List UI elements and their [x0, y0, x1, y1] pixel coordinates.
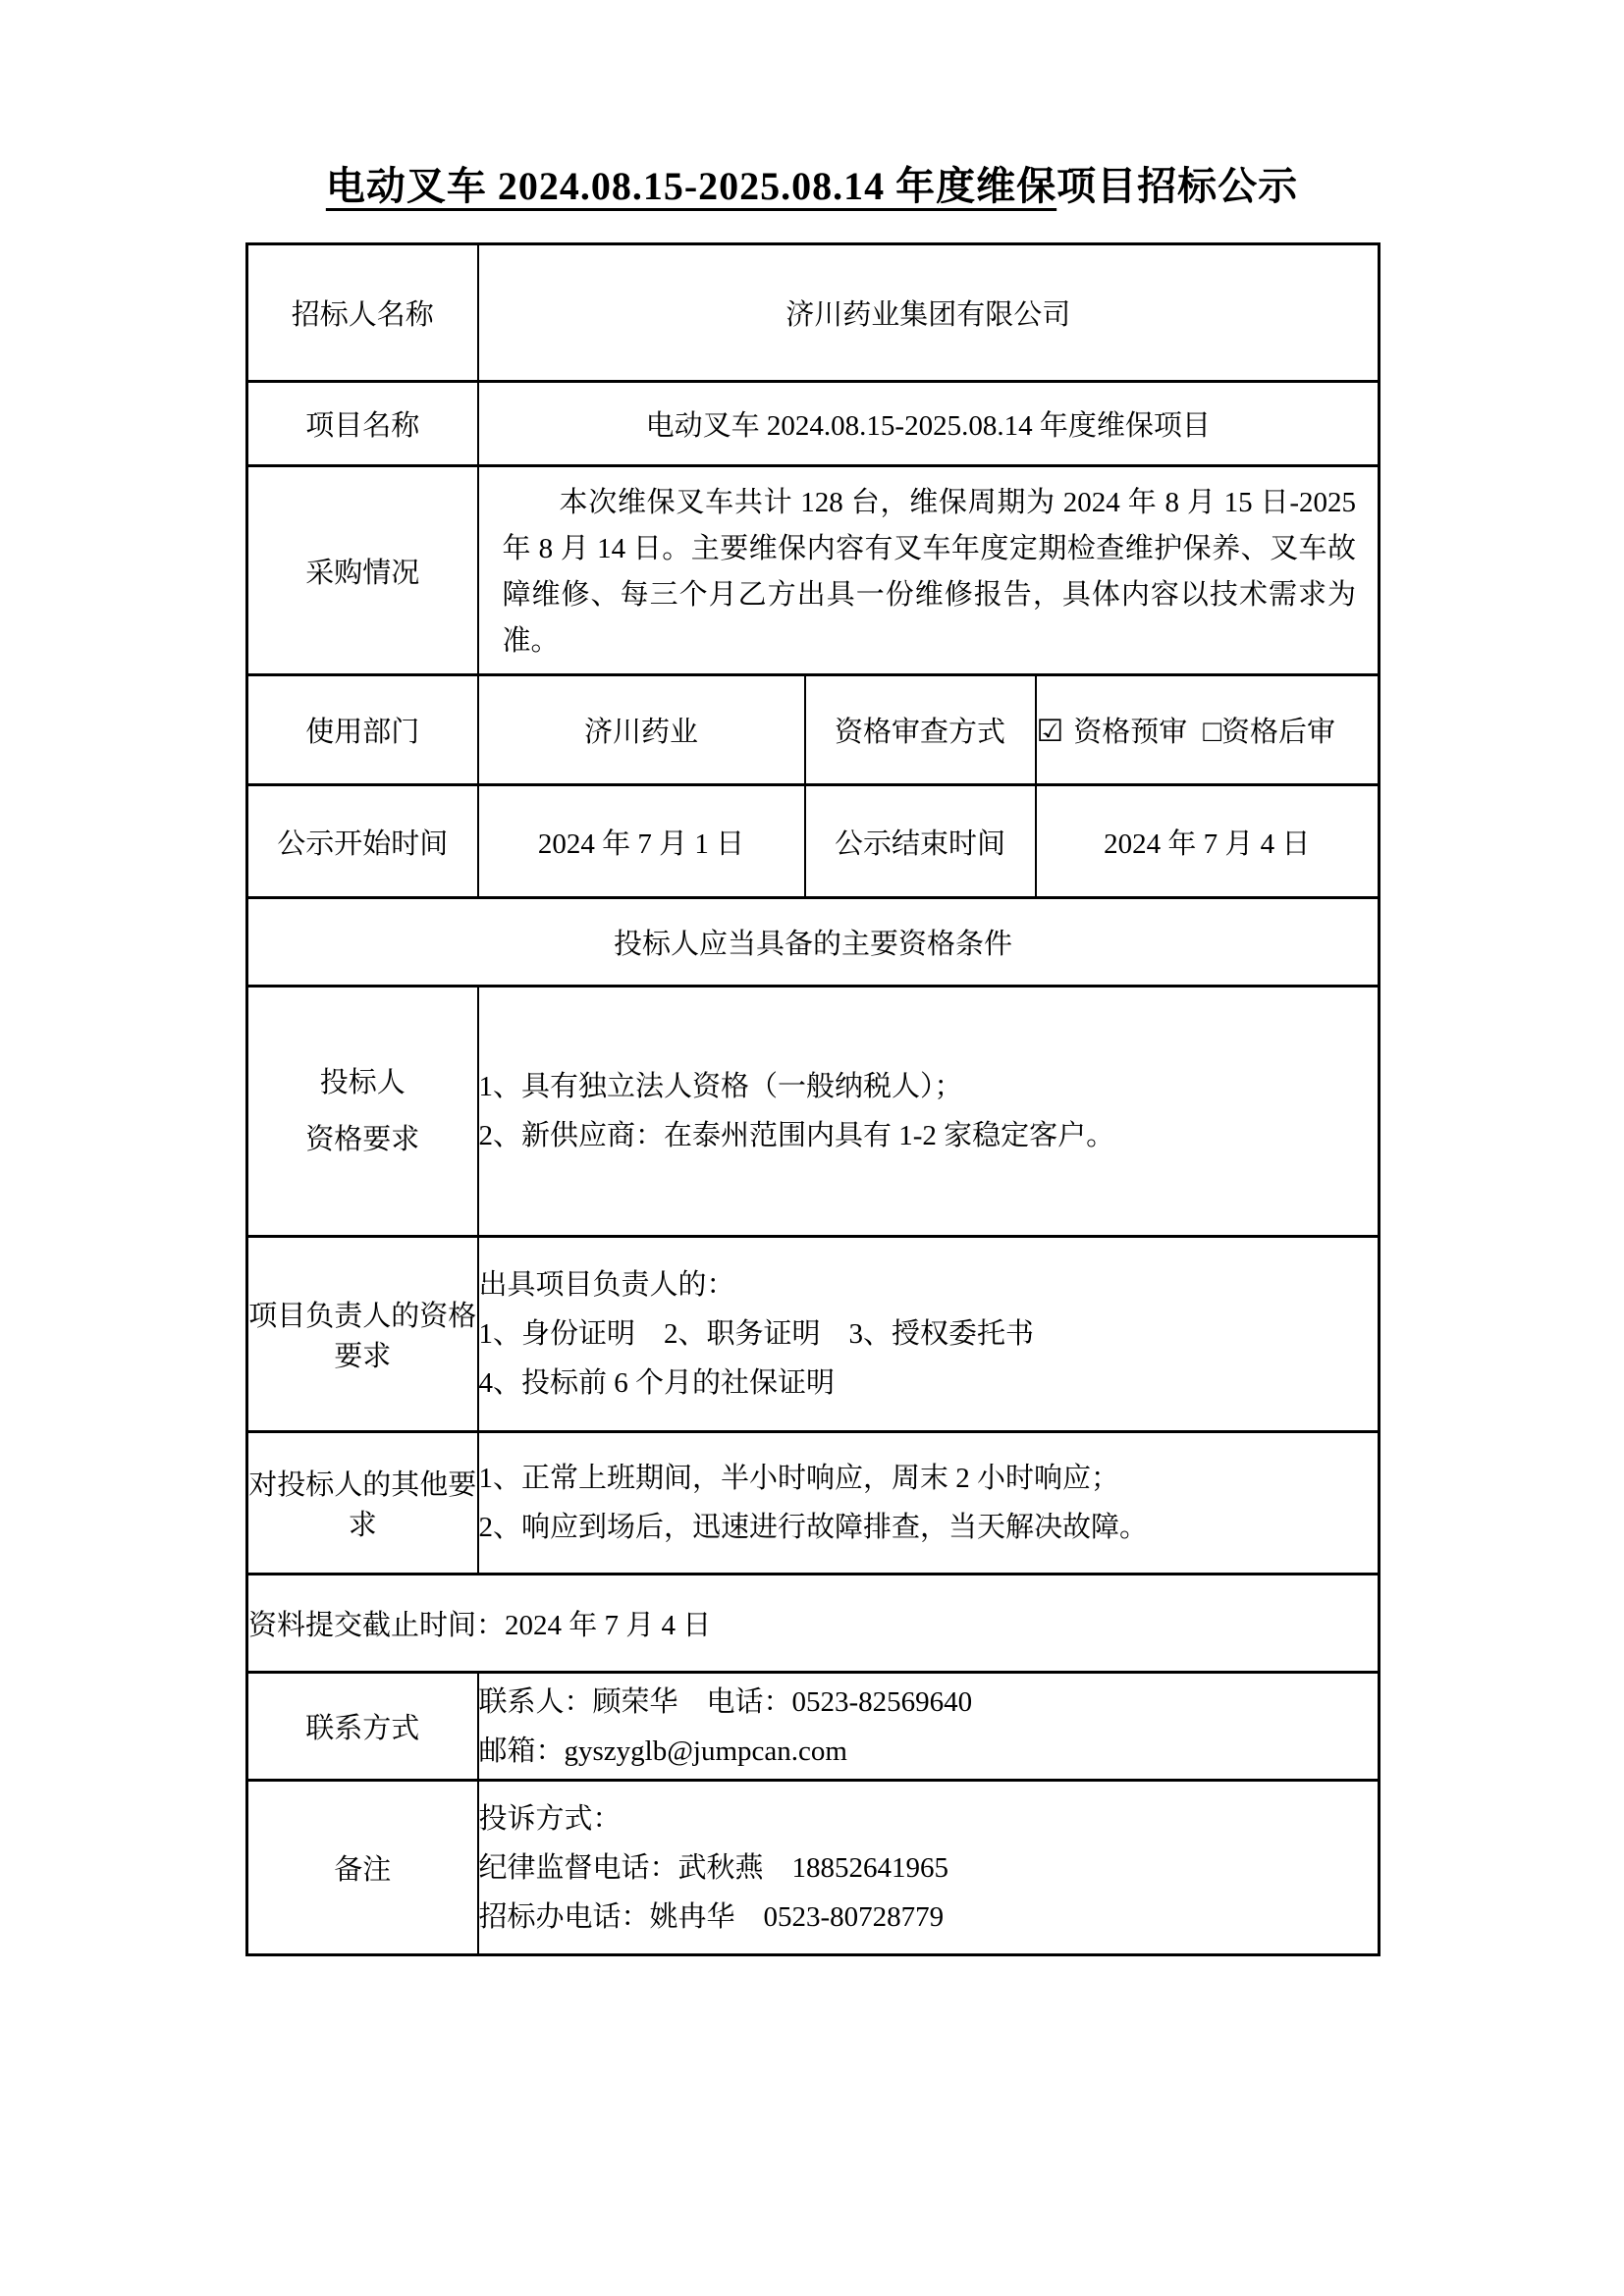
publicity-end-value: 2024 年 7 月 4 日	[1036, 785, 1380, 898]
project-name-label: 项目名称	[247, 382, 478, 466]
manager-qualification-cell: 出具项目负责人的： 1、身份证明 2、职务证明 3、授权委托书 4、投标前 6 …	[478, 1237, 1380, 1432]
contact-email-line: 邮箱：gyszyglb@jumpcan.com	[479, 1727, 1379, 1776]
checkbox-checked-label: 资格预审	[1073, 717, 1187, 748]
checkbox-unchecked-label: 资格后审	[1221, 717, 1335, 748]
remarks-line: 投诉方式：	[479, 1794, 1379, 1843]
qualification-method-label: 资格审查方式	[805, 675, 1036, 785]
table-row-bidder-qualification: 投标人 资格要求 1、具有独立法人资格（一般纳税人）； 2、新供应商：在泰州范围…	[247, 987, 1380, 1237]
manager-qualification-item: 出具项目负责人的：	[479, 1260, 1379, 1309]
bidder-qualification-item: 1、具有独立法人资格（一般纳税人）；	[479, 1062, 1379, 1111]
other-requirements-label: 对投标人的其他要求	[247, 1432, 478, 1575]
table-row-manager-qualification: 项目负责人的资格要求 出具项目负责人的： 1、身份证明 2、职务证明 3、授权委…	[247, 1237, 1380, 1432]
manager-qualification-item: 4、投标前 6 个月的社保证明	[479, 1359, 1379, 1408]
publicity-end-label: 公示结束时间	[805, 785, 1036, 898]
tenderer-label: 招标人名称	[247, 244, 478, 382]
page-title: 电动叉车 2024.08.15-2025.08.14 年度维保项目招标公示	[0, 155, 1624, 211]
remarks-line: 纪律监督电话：武秋燕 18852641965	[479, 1843, 1379, 1893]
table-row-project: 项目名称 电动叉车 2024.08.15-2025.08.14 年度维保项目	[247, 382, 1380, 466]
contact-cell: 联系人：顾荣华 电话：0523-82569640 邮箱：gyszyglb@jum…	[478, 1673, 1380, 1781]
procurement-label: 采购情况	[247, 466, 478, 675]
department-value: 济川药业	[478, 675, 805, 785]
page-title-underlined: 电动叉车 2024.08.15-2025.08.14 年度维保	[326, 164, 1056, 208]
publicity-start-value: 2024 年 7 月 1 日	[478, 785, 805, 898]
checkbox-unchecked-icon: □	[1203, 714, 1221, 748]
remarks-label: 备注	[247, 1781, 478, 1955]
bidder-qualification-cell: 1、具有独立法人资格（一般纳税人）； 2、新供应商：在泰州范围内具有 1-2 家…	[478, 987, 1380, 1237]
tender-announcement-table: 招标人名称 济川药业集团有限公司 项目名称 电动叉车 2024.08.15-20…	[245, 242, 1380, 1956]
other-requirements-cell: 1、正常上班期间，半小时响应，周末 2 小时响应； 2、响应到场后，迅速进行故障…	[478, 1432, 1380, 1575]
page-title-rest: 项目招标公示	[1056, 164, 1298, 208]
publicity-start-label: 公示开始时间	[247, 785, 478, 898]
qualification-section-header: 投标人应当具备的主要资格条件	[247, 898, 1380, 987]
table-row-department: 使用部门 济川药业 资格审查方式 ☑资格预审□资格后审	[247, 675, 1380, 785]
document-page: 电动叉车 2024.08.15-2025.08.14 年度维保项目招标公示 招标…	[0, 0, 1624, 2296]
contact-label: 联系方式	[247, 1673, 478, 1781]
manager-qualification-item: 1、身份证明 2、职务证明 3、授权委托书	[479, 1309, 1379, 1359]
other-requirements-item: 2、响应到场后，迅速进行故障排查，当天解决故障。	[479, 1503, 1379, 1552]
table-row-remarks: 备注 投诉方式： 纪律监督电话：武秋燕 18852641965 招标办电话：姚冉…	[247, 1781, 1380, 1955]
table-row-deadline: 资料提交截止时间：2024 年 7 月 4 日	[247, 1575, 1380, 1673]
bidder-qualification-item: 2、新供应商：在泰州范围内具有 1-2 家稳定客户。	[479, 1111, 1379, 1160]
table-row-qualification-header: 投标人应当具备的主要资格条件	[247, 898, 1380, 987]
table-row-other-requirements: 对投标人的其他要求 1、正常上班期间，半小时响应，周末 2 小时响应； 2、响应…	[247, 1432, 1380, 1575]
remarks-cell: 投诉方式： 纪律监督电话：武秋燕 18852641965 招标办电话：姚冉华 0…	[478, 1781, 1380, 1955]
table-row-tenderer: 招标人名称 济川药业集团有限公司	[247, 244, 1380, 382]
table-row-publicity-time: 公示开始时间 2024 年 7 月 1 日 公示结束时间 2024 年 7 月 …	[247, 785, 1380, 898]
manager-qualification-label: 项目负责人的资格要求	[247, 1237, 478, 1432]
submission-deadline-text: 资料提交截止时间：2024 年 7 月 4 日	[247, 1575, 1380, 1673]
procurement-detail-text: 本次维保叉车共计 128 台，维保周期为 2024 年 8 月 15 日-202…	[479, 470, 1379, 670]
checkbox-checked-icon: ☑	[1037, 714, 1064, 748]
project-name-value: 电动叉车 2024.08.15-2025.08.14 年度维保项目	[478, 382, 1380, 466]
table-row-procurement: 采购情况 本次维保叉车共计 128 台，维保周期为 2024 年 8 月 15 …	[247, 466, 1380, 675]
bidder-qualification-label-line: 资格要求	[248, 1111, 477, 1168]
bidder-qualification-label: 投标人 资格要求	[247, 987, 478, 1237]
qualification-method-value-cell: ☑资格预审□资格后审	[1036, 675, 1380, 785]
bidder-qualification-label-line: 投标人	[248, 1054, 477, 1111]
table-row-contact: 联系方式 联系人：顾荣华 电话：0523-82569640 邮箱：gyszygl…	[247, 1673, 1380, 1781]
other-requirements-item: 1、正常上班期间，半小时响应，周末 2 小时响应；	[479, 1454, 1379, 1503]
procurement-detail-cell: 本次维保叉车共计 128 台，维保周期为 2024 年 8 月 15 日-202…	[478, 466, 1380, 675]
department-label: 使用部门	[247, 675, 478, 785]
contact-person-line: 联系人：顾荣华 电话：0523-82569640	[479, 1678, 1379, 1727]
tenderer-value: 济川药业集团有限公司	[478, 244, 1380, 382]
remarks-line: 招标办电话：姚冉华 0523-80728779	[479, 1893, 1379, 1942]
